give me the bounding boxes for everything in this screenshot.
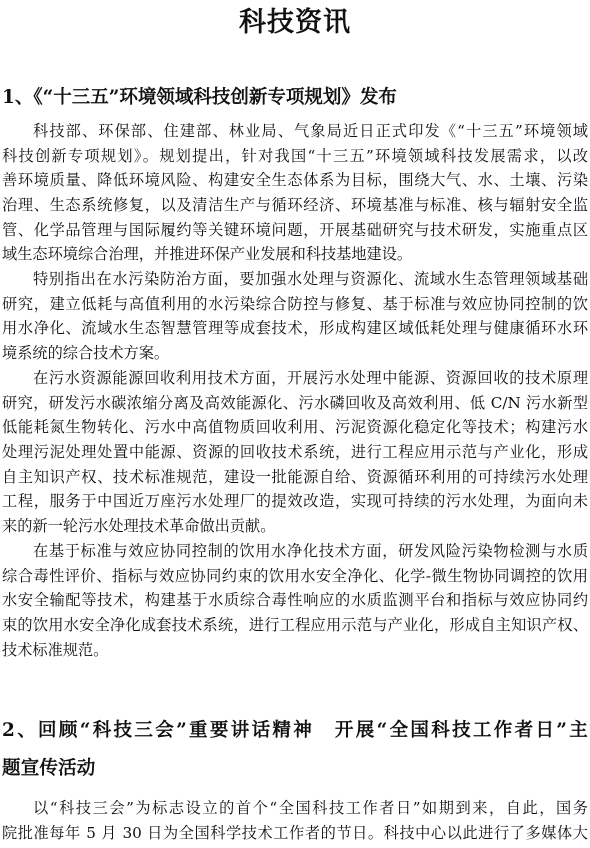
text-line: 科技部、环保部、住建部、林业局、气象局近日正式印发《“十三五”环境领域 <box>2 119 588 144</box>
text-line: 用水净化、流域水生态智慧管理等成套技术，形成构建区域低耗处理与健康循环水环 <box>2 316 588 341</box>
text-line: 工程，服务于中国近万座污水处理厂的提效改造，实现可持续的污水处理，为面向未 <box>2 489 588 514</box>
text-line: 研究，研发污水碳浓缩分离及高效能源化、污水磷回收及高效利用、低 C/N 污水新型 <box>2 391 588 416</box>
text-line: 束的饮用水安全净化成套技术系统，进行工程应用示范与产业化，形成自主知识产权、 <box>2 613 588 638</box>
section-1-paragraph-3: 在污水资源能源回收利用技术方面，开展污水处理中能源、资源回收的技术原理 研究，研… <box>2 366 588 539</box>
text-line: 管、化学品管理与国际履约等关键环境问题，开展基础研究与技术研发，实施重点区 <box>2 218 588 243</box>
section-2-heading: 2、回顾“科技三会”重要讲话精神 开展“全国科技工作者日”主 题宣传活动 <box>2 712 588 788</box>
text-line: 特别指出在水污染防治方面，要加强水处理与资源化、流域水生态管理领域基础 <box>2 267 588 292</box>
text-line: 科技创新专项规划》。规划提出，针对我国“十三五”环境领域科技发展需求，以改 <box>2 144 588 169</box>
text-line: 研究，建立低耗与高值利用的水污染综合防控与修复、基于标准与效应协同控制的饮 <box>2 292 588 317</box>
text-line: 技术标准规范。 <box>2 638 588 663</box>
text-line: 综合毒性评价、指标与效应协同约束的饮用水安全净化、化学-微生物协同调控的饮用 <box>2 564 588 589</box>
text-line: 自主知识产权、技术标准规范，建设一批能源自给、资源循环利用的可持续污水处理 <box>2 465 588 490</box>
text-line: 善环境质量、降低环境风险、构建安全生态体系为目标，围绕大气、水、土壤、污染 <box>2 168 588 193</box>
text-line: 处理污泥处理处置中能源、资源的回收技术系统，进行工程应用示范与产业化，形成 <box>2 440 588 465</box>
text-line: 来的新一轮污水处理技术革命做出贡献。 <box>2 514 588 539</box>
text-line: 低能耗氮生物转化、污水中高值物质回收利用、污泥资源化稳定化等技术；构建污水 <box>2 415 588 440</box>
text-line: 在污水资源能源回收利用技术方面，开展污水处理中能源、资源回收的技术原理 <box>2 366 588 391</box>
section-1-heading: 1、《“十三五”环境领域科技创新专项规划》发布 <box>2 86 588 110</box>
text-line: 水安全输配等技术，构建基于水质综合毒性响应的水质监测平台和指标与效应协同约 <box>2 588 588 613</box>
section-2-paragraph-1: 以“科技三会”为标志设立的首个“全国科技工作者日”如期到来，自此，国务 院批准每… <box>2 796 588 845</box>
text-line: 院批准每年 5 月 30 日为全国科学技术工作者的节日。科技中心以此进行了多媒体… <box>2 821 588 846</box>
page-title: 科技资讯 <box>0 6 590 40</box>
section-1-paragraph-1: 科技部、环保部、住建部、林业局、气象局近日正式印发《“十三五”环境领域 科技创新… <box>2 119 588 267</box>
text-line: 在基于标准与效应协同控制的饮用水净化技术方面，研发风险污染物检测与水质 <box>2 539 588 564</box>
text-line: 境系统的综合技术方案。 <box>2 341 588 366</box>
section-1-paragraph-4: 在基于标准与效应协同控制的饮用水净化技术方面，研发风险污染物检测与水质 综合毒性… <box>2 539 588 662</box>
heading-line: 2、回顾“科技三会”重要讲话精神 开展“全国科技工作者日”主 <box>2 712 588 750</box>
text-line: 域生态环境综合治理，并推进环保产业发展和科技基地建设。 <box>2 242 588 267</box>
heading-line: 题宣传活动 <box>2 750 588 788</box>
text-line: 以“科技三会”为标志设立的首个“全国科技工作者日”如期到来，自此，国务 <box>2 796 588 821</box>
section-1-paragraph-2: 特别指出在水污染防治方面，要加强水处理与资源化、流域水生态管理领域基础 研究，建… <box>2 267 588 366</box>
text-line: 治理、生态系统修复，以及清洁生产与循环经济、环境基准与标准、核与辐射安全监 <box>2 193 588 218</box>
